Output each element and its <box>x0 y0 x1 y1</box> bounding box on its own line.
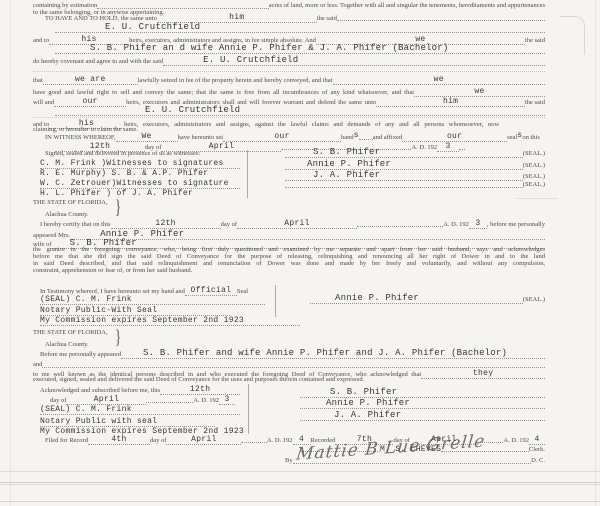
brace-icon: } <box>115 197 121 217</box>
typed-grantee-name: E. U. Crutchfield <box>105 22 200 32</box>
dower-paragraph-line: constraint, apprehension or fear of, or … <box>33 268 273 275</box>
typed-signature: Annie P. Phifer <box>300 399 410 408</box>
typed-year: 4 <box>299 435 304 444</box>
typed-plural-s: s <box>517 132 522 140</box>
witness-caption: Signed, sealed and delivered in presence… <box>45 151 200 159</box>
commission-line-2: My Commission expires September 2nd 1923 <box>40 428 300 436</box>
typed-names: S. B. Phifer and wife Annie P. Phifer an… <box>143 348 507 358</box>
typed-grantors-names: S. B. Phifer an d wife Annie P. Phifer &… <box>55 44 448 53</box>
seal-label: (SEAL.) <box>523 182 545 190</box>
print-text: Signed, sealed and delivered in presence… <box>45 151 200 159</box>
typed-month: April <box>94 395 120 404</box>
typed-entry: we are <box>75 75 106 84</box>
print-text: seal <box>507 135 517 143</box>
before-appeared-line: Before me personally appeared S. B. Phif… <box>40 349 545 359</box>
executed-line: executed, signed, sealed and delivered t… <box>33 377 364 385</box>
print-text: , before me personally <box>487 222 545 230</box>
commission-line-1: My Commission expires September 2nd 1923 <box>40 317 300 326</box>
ack-signature-row: Annie P. Phifer <box>300 399 545 409</box>
typed-commission: My Commission expires September 2nd 1923 <box>40 317 244 325</box>
witness-row: H. L. Phifer ) of J. A. Phifer <box>40 190 240 198</box>
typed-day: 12th <box>155 219 175 228</box>
typed-signature: J. A. Phifer <box>313 170 380 180</box>
print-text: heirs, executors, administrators and ass… <box>124 122 499 130</box>
print-text: executed, signed, sealed and delivered t… <box>33 377 364 385</box>
signature-blank: J. A. Phifer <box>285 171 523 181</box>
dotted-blank <box>42 366 545 368</box>
brace-icon: } <box>115 327 121 347</box>
notary-column-divider <box>275 285 276 317</box>
ack-signature-row: S. B. Phifer <box>300 388 545 398</box>
print-text: the said <box>317 16 337 24</box>
typed-day: 4th <box>111 435 126 444</box>
grantee-name-line-1: E. U. Crutchfield <box>55 23 545 33</box>
day-blank: 4th <box>88 436 150 445</box>
dotted-blank <box>337 19 545 21</box>
typed-witness-name: R. E. Murphy) S. B. & A.P. Phifer <box>40 170 208 178</box>
typed-entry: Official <box>191 286 232 295</box>
month-blank: April <box>237 220 357 229</box>
page-bottom-rule-2 <box>0 482 600 483</box>
print-text: A. D. 192 <box>193 398 219 406</box>
notary-signature-line-1: (SEAL) C. M. Frink <box>40 296 265 305</box>
print-text: A. D. 192 <box>443 222 469 230</box>
typed-grantee-name: E. U. Crutchfield <box>145 105 240 115</box>
print-text: day of <box>221 222 237 230</box>
page-edge-line-right <box>595 0 596 506</box>
notary-signature-line-2: (SEAL) C. M. Frink <box>40 406 240 415</box>
acknowledged-line: Acknowledged and subscribed before me, t… <box>40 386 240 395</box>
typed-notary-signature: (SEAL) C. M. Frink <box>40 406 132 414</box>
margin-smudge-icon <box>560 16 585 55</box>
witness-row: W. C. Zetrouer)Witnesses to signature <box>40 180 240 189</box>
typed-signature: Annie P. Phifer <box>335 293 419 303</box>
right-to-sell-line: have good and lawful right to sell and c… <box>33 88 545 97</box>
grantors-name-line: S. B. Phifer an d wife Annie P. Phifer &… <box>55 44 545 54</box>
print-text: Alachua County. <box>45 212 89 220</box>
print-text: that <box>33 78 43 86</box>
print-text: and to <box>33 38 49 46</box>
and-blank-line: and <box>33 362 545 370</box>
year-blank: 3 <box>469 220 487 229</box>
signature-row: Annie P. Phifer (SEAL.) <box>285 160 545 170</box>
clerk-label: Clerk. <box>529 447 545 455</box>
print-text: IN WITNESS WHEREOF, <box>45 135 116 143</box>
blank: they <box>421 370 545 379</box>
seal-label: (SEAL.) <box>523 174 545 182</box>
typed-entry: we <box>434 75 444 84</box>
notary-title-line-1: Notary Public-With Seal <box>40 307 230 316</box>
signature-blank: Annie P. Phifer <box>310 294 523 304</box>
print-text: Filed for Record <box>45 438 88 446</box>
typed-month: April <box>191 435 217 444</box>
typed-notary-signature: (SEAL) C. M. Frink <box>40 296 132 304</box>
blank: we <box>333 76 546 85</box>
page-edge-line-left <box>10 0 11 506</box>
grantee-name-blank: E. U. Crutchfield <box>163 56 545 66</box>
dotted-rule <box>33 116 545 118</box>
blank: our <box>402 133 507 142</box>
blank: we are <box>43 76 138 85</box>
typed-entry: our <box>447 132 462 141</box>
typed-year: 3 <box>475 219 480 228</box>
typed-grantee-name: E. U. Crutchfield <box>203 55 298 65</box>
print-text: Before me personally appeared <box>40 352 121 360</box>
print-text: THE STATE OF FLORIDA, <box>33 200 108 208</box>
typed-year: 4 <box>534 435 539 444</box>
notary-title-line-2: Notary Public with seal <box>40 418 215 427</box>
dotted-rule <box>33 70 545 72</box>
typed-notary-title: Notary Public with seal <box>40 418 157 426</box>
grantee-name-blank: E. U. Crutchfield <box>55 23 545 33</box>
typed-signature: S. B. Phifer <box>300 388 397 397</box>
typed-notary-title: Notary Public-With Seal <box>40 307 157 315</box>
day-blank: 12th <box>111 220 221 229</box>
seal-label: (SEAL.) <box>523 297 545 305</box>
typed-signature: J. A. Phifer <box>300 411 401 420</box>
print-text: lawfully seized in fee of the property h… <box>138 78 333 86</box>
dotted-blank <box>241 441 266 443</box>
dotted-blank <box>146 401 193 403</box>
county-heading-1: Alachua County. <box>45 212 89 220</box>
page-bottom-rule-4 <box>0 501 600 502</box>
print-text: I hereby certify that on this <box>40 222 111 230</box>
grantee-name-blank: E. U. Crutchfield <box>55 106 545 116</box>
print-text: Seal <box>237 289 248 297</box>
typed-entry: him <box>229 13 244 22</box>
month-blank: April <box>166 436 241 445</box>
seizin-line: that we are lawfully seized in fee of th… <box>33 76 545 85</box>
ack-date-line: day of April A. D. 192 3 <box>50 396 235 405</box>
dotted-blank <box>285 186 523 188</box>
witness-column-divider <box>247 150 248 198</box>
blank: Official <box>185 287 237 296</box>
typed-month: April <box>209 142 235 151</box>
print-text: THE STATE OF FLORIDA, <box>33 330 108 338</box>
print-text: and <box>33 362 42 370</box>
signature-blank: S. B. Phifer <box>285 148 523 158</box>
typed-day: 12th <box>190 385 210 394</box>
signature-row: J. A. Phifer (SEAL.) <box>285 171 545 181</box>
print-text: will and <box>33 100 54 108</box>
blank: our <box>223 133 341 142</box>
seal-label: (SEAL.) <box>523 151 545 159</box>
grantee-name-line-2: E. U. Crutchfield <box>55 106 545 116</box>
typed-entry: we <box>474 87 484 96</box>
dower-signature-row: Annie P. Phifer (SEAL.) <box>310 294 545 304</box>
certify-line: I hereby certify that on this 12th day o… <box>40 220 545 229</box>
covenant-line: do hereby covenant and agree to and with… <box>33 56 545 66</box>
print-text: acres of land, more or less. Together wi… <box>269 3 545 11</box>
in-witness-line: IN WITNESS WHEREOF, We have hereunto set… <box>45 133 545 142</box>
deed-document-page: containing by estimation acres of land, … <box>0 0 600 506</box>
print-text: day of <box>150 438 166 446</box>
typed-entry: our <box>274 132 289 141</box>
state-heading-1: THE STATE OF FLORIDA, <box>33 200 108 208</box>
year-blank: 3 <box>219 396 235 405</box>
typed-entry: our <box>82 97 97 106</box>
typed-entry: him <box>443 97 458 106</box>
dotted-blank <box>357 225 443 227</box>
blank: we <box>414 88 545 97</box>
typed-signature: S. B. Phifer <box>313 147 380 157</box>
signature-blank: Annie P. Phifer <box>285 160 523 170</box>
typed-witness-name: W. C. Zetrouer)Witnesses to signature <box>40 180 229 188</box>
names-blank: S. B. Phifer and wife Annie P. Phifer an… <box>121 349 545 359</box>
dc-label: D. C. <box>531 458 545 466</box>
print-text: day of <box>50 398 66 406</box>
print-text: and affixed <box>373 135 402 143</box>
witness-row: C. M. Frink )Witnesses to signatures <box>40 160 240 169</box>
dotted-blank <box>359 138 373 140</box>
print-text: on this <box>522 135 540 143</box>
print-text: have good and lawful right to sell and c… <box>33 90 414 98</box>
print-text: A. D. 192 <box>267 438 293 446</box>
typed-witness-name: C. M. Frink )Witnesses to signatures <box>40 160 224 168</box>
margin-rule <box>516 198 558 199</box>
seal-label: (SEAL.) <box>523 163 545 171</box>
by-label: By <box>285 458 293 466</box>
state-heading-2: THE STATE OF FLORIDA, <box>33 330 108 338</box>
print-text: do hereby covenant and agree to and with… <box>33 59 163 67</box>
blank: We <box>116 133 178 142</box>
ack-signature-row: J. A. Phifer <box>300 411 545 421</box>
ack-column-divider <box>248 384 249 434</box>
signature-row-empty: (SEAL.) <box>285 182 545 190</box>
typed-year: 3 <box>224 395 229 404</box>
year-blank: 4 <box>529 436 545 445</box>
typed-month: April <box>284 219 310 228</box>
day-blank: 12th <box>160 386 240 395</box>
month-blank: April <box>66 396 146 405</box>
print-text: A. D. 192 <box>503 438 529 446</box>
page-bottom-rule-1 <box>0 471 600 472</box>
typed-entry: they <box>473 369 493 378</box>
print-text: Acknowledged and subscribed before me, t… <box>40 388 160 396</box>
typed-entry: We <box>141 132 151 141</box>
witness-row: R. E. Murphy) S. B. & A.P. Phifer <box>40 170 240 178</box>
typed-plural-s: s <box>354 132 359 140</box>
signature-row: S. B. Phifer (SEAL.) <box>285 148 545 158</box>
typed-signature: Annie P. Phifer <box>307 159 391 169</box>
print-text: have hereunto set <box>178 135 223 143</box>
page-bottom-rule-3 <box>0 484 600 485</box>
print-text: hand <box>341 135 354 143</box>
